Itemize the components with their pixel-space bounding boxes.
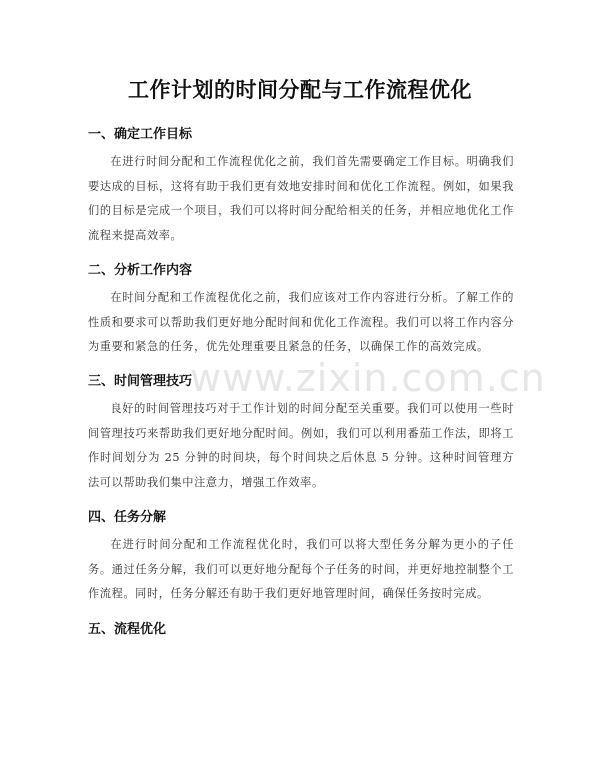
section-body-2: 在时间分配和工作流程优化之前，我们应该对工作内容进行分析。了解工作的性质和要求可…: [88, 286, 514, 360]
section-heading-2: 二、分析工作内容: [88, 259, 192, 278]
section-heading-5: 五、流程优化: [88, 618, 166, 637]
section-heading-3: 三、时间管理技巧: [88, 370, 192, 389]
section-body-4: 在进行时间分配和工作流程优化时，我们可以将大型任务分解为更小的子任务。通过任务分…: [88, 533, 514, 607]
section-body-1: 在进行时间分配和工作流程优化之前，我们首先需要确定工作目标。明确我们要达成的目标…: [88, 150, 514, 248]
document-page: www.zixin.com.cn 工作计划的时间分配与工作流程优化 一、确定工作…: [0, 0, 600, 776]
section-heading-4: 四、任务分解: [88, 506, 166, 525]
section-heading-1: 一、确定工作目标: [88, 123, 192, 142]
document-title: 工作计划的时间分配与工作流程优化: [0, 74, 600, 104]
section-body-3: 良好的时间管理技巧对于工作计划的时间分配至关重要。我们可以使用一些时间管理技巧来…: [88, 397, 514, 495]
watermark: www.zixin.com.cn: [190, 356, 546, 400]
